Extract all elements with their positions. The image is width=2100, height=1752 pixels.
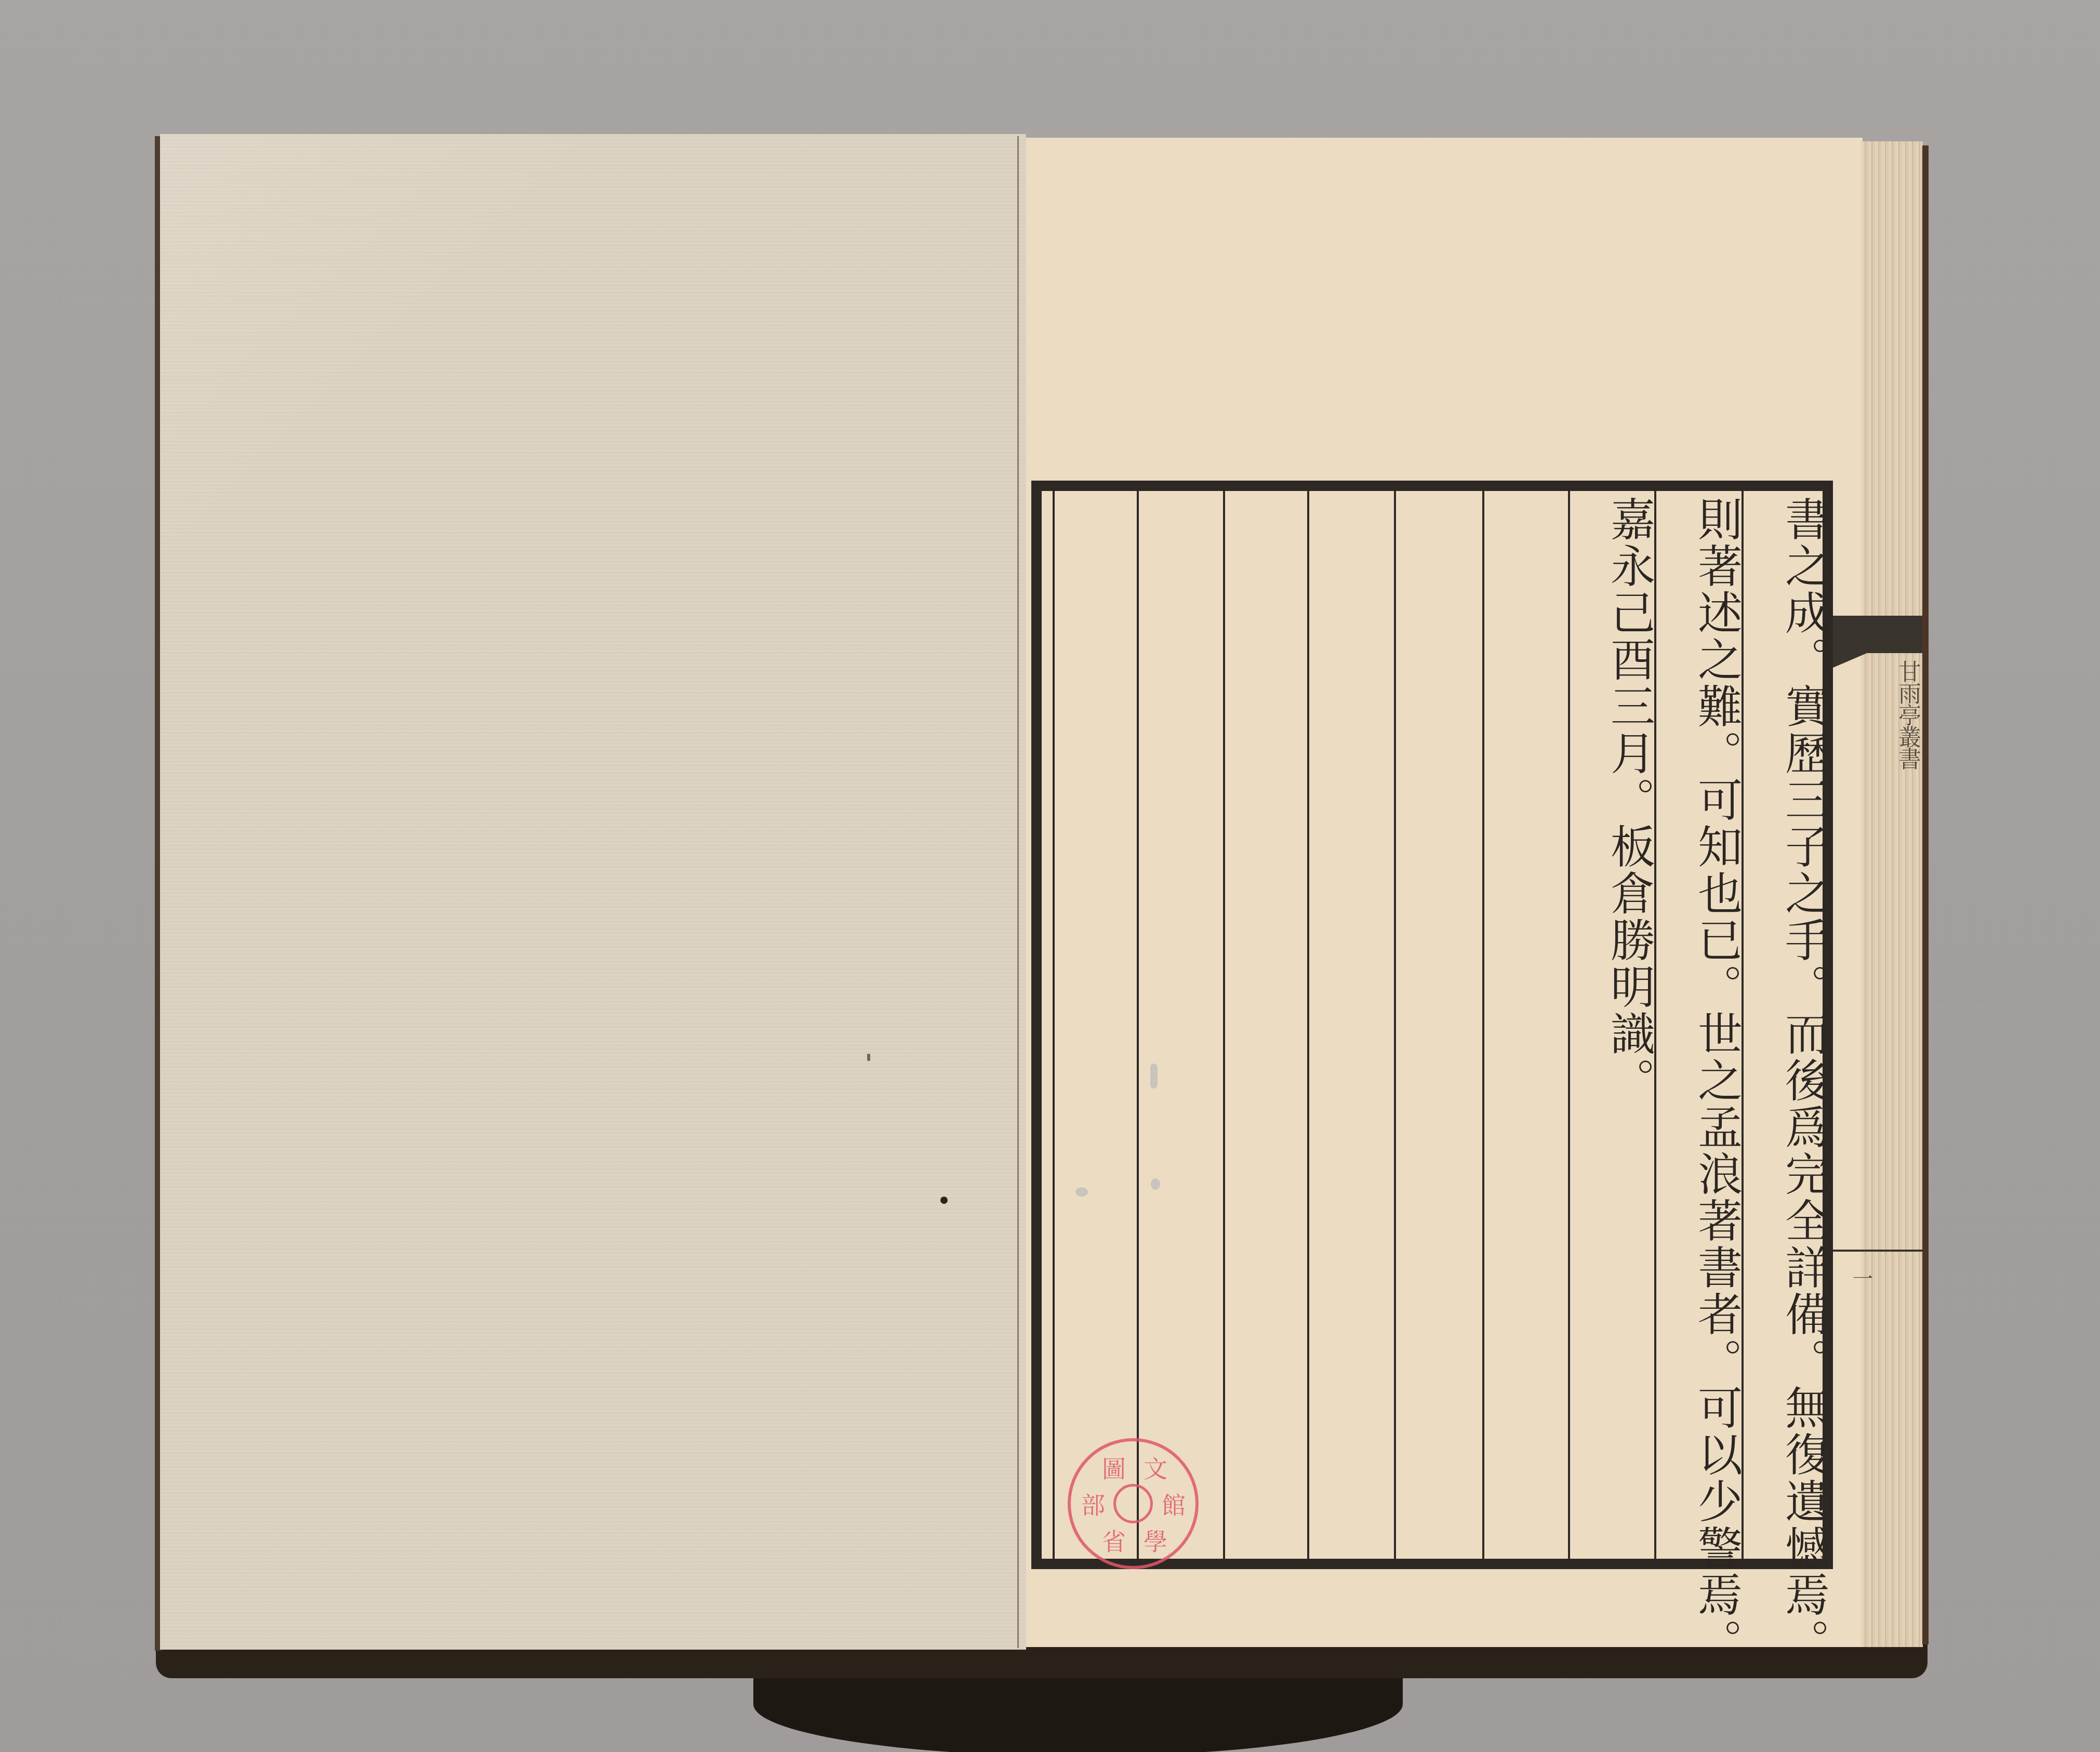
ink-spot [940, 1197, 948, 1204]
column-rule [1307, 491, 1309, 1559]
text-column-1: 書之成。實歷三子之手。而後爲完全詳備。無復遺憾焉。 [1750, 496, 1828, 1665]
worm-hole [1150, 1064, 1158, 1089]
seal-glyph: 圖 [1102, 1457, 1126, 1481]
fore-edge-rule [1833, 1250, 1922, 1252]
frame-inner-rule [1053, 491, 1055, 1559]
column-rule [1223, 491, 1225, 1559]
fore-edge-fishtail [1833, 616, 1922, 653]
right-cover-edge [1922, 145, 1929, 1644]
column-rule [1482, 491, 1484, 1559]
text-column-2: 則著述之難。可知也已。世之孟浪著書者。可以少警焉。 [1663, 496, 1740, 1665]
library-seal-stamp: 圖 文 館 學 省 部 [1068, 1438, 1199, 1569]
fore-edge-fishtail-point [1833, 652, 1869, 668]
gutter-fold [1017, 136, 1019, 1648]
text-column-3: 嘉永己酉三月。板倉勝明識。 [1575, 496, 1653, 1104]
ink-mark [867, 1054, 870, 1061]
fore-edge-title: 甘雨亭叢書 [1865, 660, 1920, 769]
fore-edge-page-marker: 一 [1850, 1268, 1872, 1289]
seal-glyph: 文 [1144, 1457, 1167, 1481]
column-rule [1394, 491, 1396, 1559]
seal-glyph: 部 [1081, 1493, 1105, 1517]
seal-center-ring [1113, 1484, 1153, 1523]
seal-glyph: 省 [1102, 1530, 1126, 1554]
worm-hole [1151, 1178, 1160, 1190]
seal-glyph: 館 [1162, 1493, 1186, 1517]
page-stack-fore-edge [1862, 141, 1923, 1647]
seal-glyph: 學 [1144, 1530, 1167, 1554]
column-rule [1568, 491, 1570, 1559]
column-rule [1137, 491, 1139, 1559]
worm-hole [1075, 1187, 1088, 1197]
left-page-blank [160, 134, 1026, 1650]
